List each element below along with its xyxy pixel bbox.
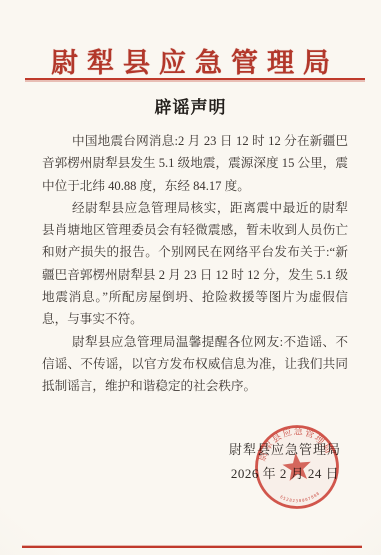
document-page: 尉犁县应急管理局 辟谣声明 中国地震台网消息:2 月 23 日 12 时 12 … xyxy=(0,0,381,555)
body-paragraph-reminder: 尉犁县应急管理局温馨提醒各位网友:不造谣、不信谣、不传谣，以官方发布权威信息为准… xyxy=(42,331,348,398)
body-paragraph-verification: 经尉犁县应急管理局核实，距离震中最近的尉犁县肖塘地区管理委员会有轻微震感，暂未收… xyxy=(42,197,348,331)
bottom-divider xyxy=(22,546,362,548)
official-seal-stamp: 尉犁县应急管理局 6528230007888 xyxy=(249,419,346,516)
header-divider xyxy=(25,78,365,80)
document-title: 辟谣声明 xyxy=(0,93,381,118)
agency-header-title: 尉犁县应急管理局 xyxy=(0,41,381,80)
body-paragraph-quake-info: 中国地震台网消息:2 月 23 日 12 时 12 分在新疆巴音郭楞州尉犁县发生… xyxy=(42,130,348,197)
document-body: 中国地震台网消息:2 月 23 日 12 时 12 分在新疆巴音郭楞州尉犁县发生… xyxy=(42,130,348,398)
